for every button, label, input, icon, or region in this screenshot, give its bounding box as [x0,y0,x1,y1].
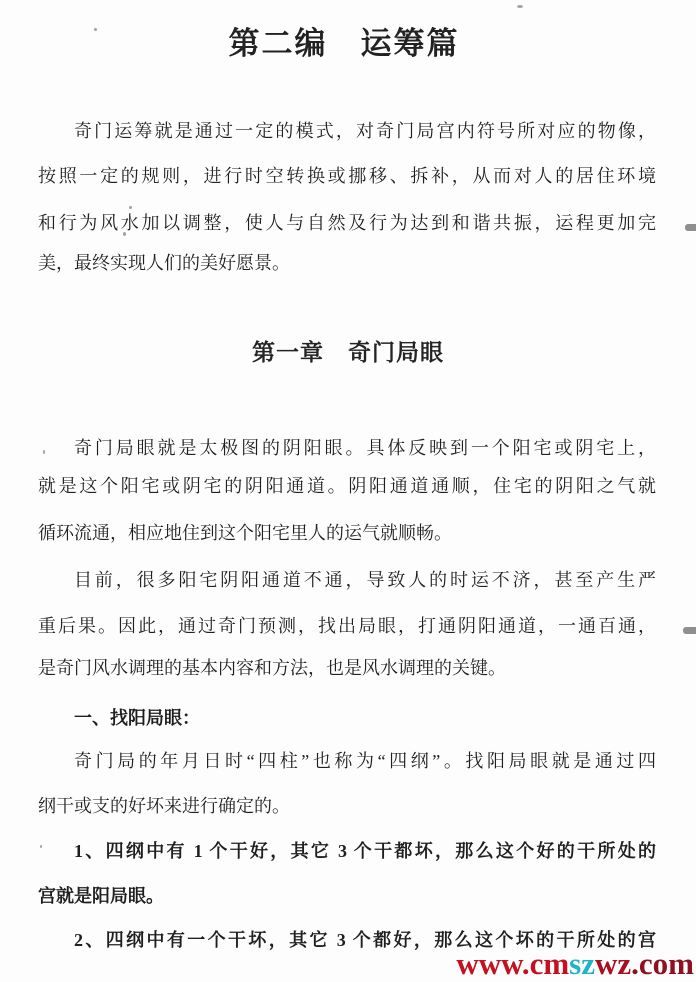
body-line: 按照一定的规则，进行时空转换或挪移、拆补，从而对人的居住环境 [38,154,656,199]
section-subheading: 一、找阳局眼： [38,696,656,741]
scan-artifact [123,232,126,236]
numbered-item-line: 1、四纲中有 1 个干好，其它 3 个干都坏，那么这个好的干所处的 [38,829,656,874]
watermark-segment: wz [595,946,631,981]
scan-edge-mark [683,627,696,634]
part-title: 第二编 运筹篇 [0,18,688,63]
scan-artifact [129,206,132,209]
scan-artifact [94,28,97,31]
body-line: 奇门局的年月日时“四柱”也称为“四纲”。找阳局眼就是通过四 [38,739,656,784]
body-line: 美，最终实现人们的美好愿景。 [38,241,656,286]
watermark-segment: .com [631,946,694,981]
body-line: 奇门运筹就是通过一定的模式，对奇门局宫内符号所对应的物像， [38,109,656,154]
scan-artifact [517,5,523,8]
scanned-book-page: 第二编 运筹篇 奇门运筹就是通过一定的模式，对奇门局宫内符号所对应的物像， 按照… [0,0,696,982]
watermark-url: www.cmszwz.com [456,946,694,982]
numbered-item-line: 宫就是阳局眼。 [38,874,656,919]
body-line: 就是这个阳宅或阴宅的阴阳通道。阴阳通道通顺，住宅的阴阳之气就 [38,464,656,509]
watermark-segment: www.cm [456,946,569,981]
body-line: 重后果。因此，通过奇门预测，找出局眼，打通阴阳通道，一通百通， [38,604,656,649]
scan-edge-mark [685,224,696,231]
watermark-segment: sz [569,946,595,981]
body-line: 纲干或支的好坏来进行确定的。 [38,784,656,829]
body-line: 是奇门风水调理的基本内容和方法，也是风水调理的关键。 [38,646,656,691]
body-line: 循环流通，相应地住到这个阳宅里人的运气就顺畅。 [38,511,656,556]
chapter-title: 第一章 奇门局眼 [0,334,696,367]
scan-artifact [40,845,42,848]
body-line: 目前，很多阳宅阴阳通道不通，导致人的时运不济，甚至产生严 [38,558,656,603]
scan-artifact [43,450,45,454]
